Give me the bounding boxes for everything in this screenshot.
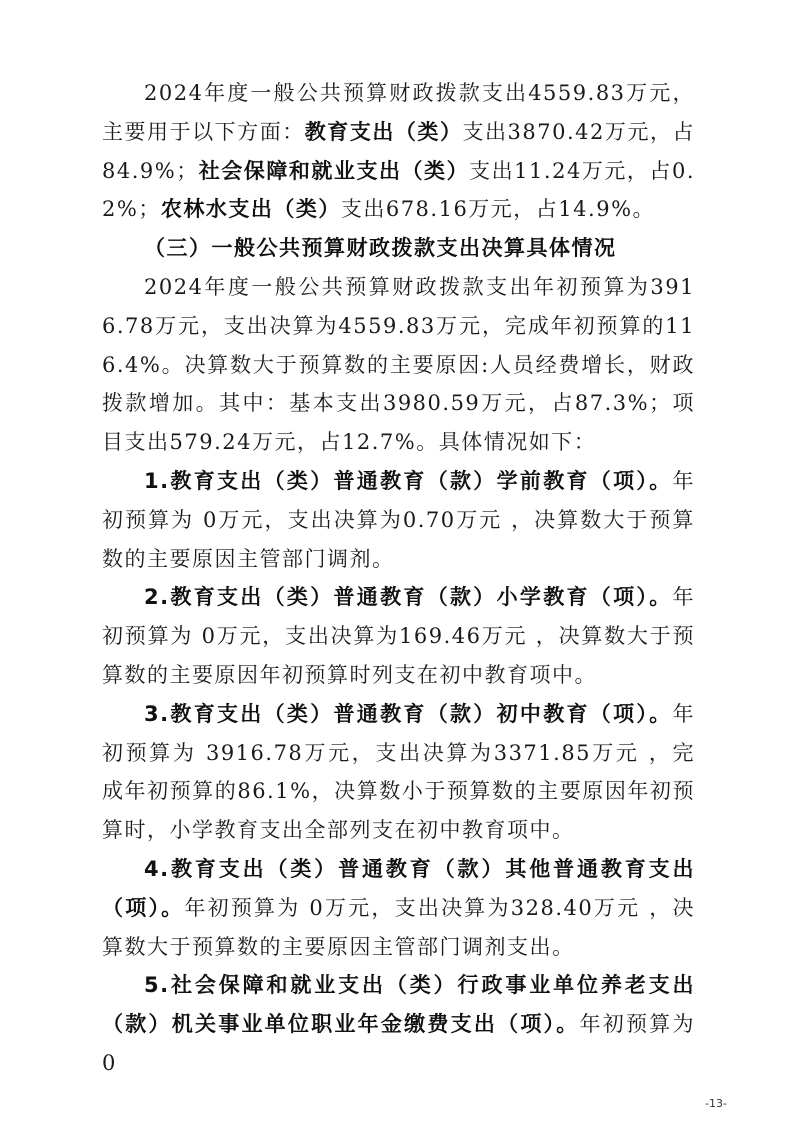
item-paragraph: 3.教育支出（类）普通教育（款）初中教育（项）。年初预算为 3916.78万元，… [102, 695, 695, 850]
document-page: 2024年度一般公共预算财政拨款支出4559.83万元，主要用于以下方面：教育支… [102, 74, 695, 1083]
item-title: 1.教育支出（类）普通教育（款）学前教育（项）。 [144, 469, 673, 493]
category-agriculture: 农林水支出（类） [161, 197, 341, 221]
category-education: 教育支出（类） [305, 120, 463, 144]
summary-paragraph: 2024年度一般公共预算财政拨款支出4559.83万元，主要用于以下方面：教育支… [102, 74, 695, 229]
category-social-security: 社会保障和就业支出（类） [199, 159, 469, 183]
page-number: -13- [705, 1097, 727, 1110]
item-paragraph: 1.教育支出（类）普通教育（款）学前教育（项）。年初预算为 0万元，支出决算为0… [102, 462, 695, 578]
item-paragraph: 4.教育支出（类）普通教育（款）其他普通教育支出（项）。年初预算为 0万元，支出… [102, 850, 695, 966]
item-title: 3.教育支出（类）普通教育（款）初中教育（项）。 [144, 702, 673, 726]
overview-paragraph: 2024年度一般公共预算财政拨款支出年初预算为3916.78万元，支出决算为45… [102, 268, 695, 462]
item-paragraph: 2.教育支出（类）普通教育（款）小学教育（项）。年初预算为 0万元，支出决算为1… [102, 578, 695, 694]
section-heading: （三）一般公共预算财政拨款支出决算具体情况 [102, 229, 695, 268]
item-body: 年初预算为 0万元，支出决算为328.40万元 ，决算数大于预算数的主要原因主管… [102, 896, 695, 959]
agriculture-amount: 支出678.16万元，占14.9%。 [341, 197, 655, 221]
item-paragraph: 5.社会保障和就业支出（类）行政事业单位养老支出（款）机关事业单位职业年金缴费支… [102, 966, 695, 1082]
item-title: 2.教育支出（类）普通教育（款）小学教育（项）。 [144, 585, 673, 609]
